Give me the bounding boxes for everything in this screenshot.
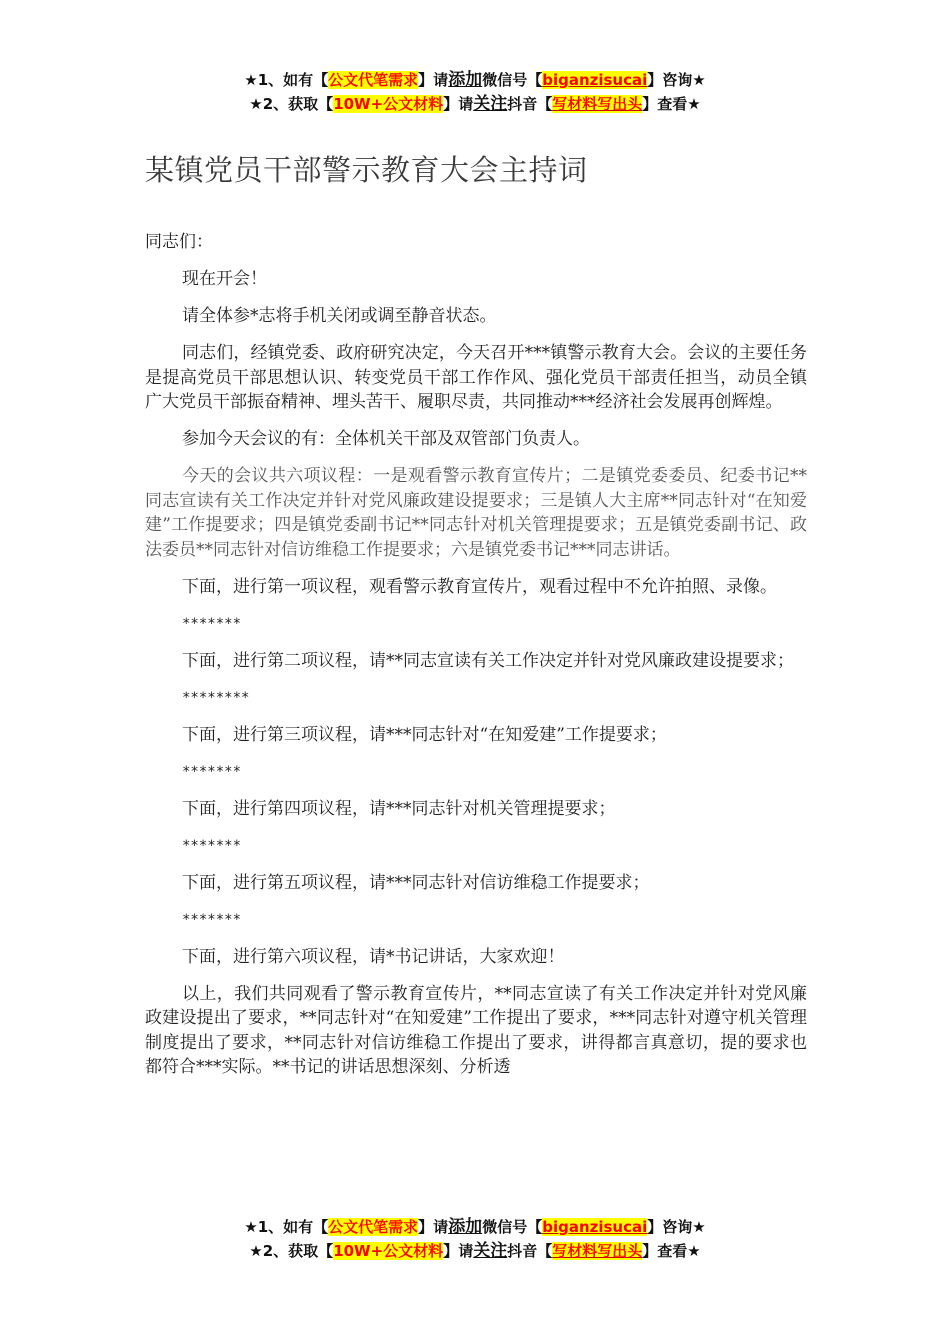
document-title: 某镇党员干部警示教育大会主持词 [145,148,588,189]
wechat-id: biganzisucai [542,1218,647,1236]
paragraph: 下面，进行第四项议程，请***同志针对机关管理提要求； [145,797,807,822]
promo-line-2: ★2、获取【10W+公文材料】请关注抖音【写材料写出头】查看★ [0,92,950,116]
promo-text: 抖音【 [507,95,552,113]
promo-underlined: 添加 [448,70,482,90]
paragraph: 现在开会！ [145,267,807,292]
paragraph: 以上，我们共同观看了警示教育宣传片，**同志宣读了有关工作决定并针对党风廉政建设… [145,982,807,1080]
douyin-id: 写材料写出头 [552,1242,642,1260]
paragraph: 参加今天会议的有：全体机关干部及双管部门负责人。 [145,427,807,452]
paragraph: 下面，进行第五项议程，请***同志针对信访维稳工作提要求； [145,871,807,896]
promo-highlight: 公文代笔需求 [328,71,418,89]
paragraph: 下面，进行第二项议程，请**同志宣读有关工作决定并针对党风廉政建设提要求； [145,649,807,674]
promo-highlight: 10W+公文材料 [333,95,443,113]
promo-text: 】请 [418,1218,448,1236]
promo-text: 抖音【 [507,1242,552,1260]
promo-line-1: ★1、如有【公文代笔需求】请添加微信号【biganzisucai】咨询★ [0,68,950,92]
promo-banner-bottom: ★1、如有【公文代笔需求】请添加微信号【biganzisucai】咨询★ ★2、… [0,1215,950,1263]
promo-text: ★1、如有【 [244,1218,328,1236]
wechat-id: biganzisucai [542,71,647,89]
promo-text: ★2、获取【 [249,1242,333,1260]
separator-stars: ******** [145,686,807,711]
promo-text: 】请 [443,1242,473,1260]
separator-stars: ******* [145,612,807,637]
promo-text: 】咨询★ [647,1218,705,1236]
paragraph: 下面，进行第一项议程，观看警示教育宣传片，观看过程中不允许拍照、录像。 [145,575,807,600]
promo-text: 】查看★ [642,1242,700,1260]
separator-stars: ******* [145,908,807,933]
paragraph: 下面，进行第三项议程，请***同志针对“在知爱建”工作提要求； [145,723,807,748]
promo-text: ★1、如有【 [244,71,328,89]
separator-stars: ******* [145,760,807,785]
separator-stars: ******* [145,834,807,859]
douyin-id: 写材料写出头 [552,95,642,113]
promo-text: 】咨询★ [647,71,705,89]
salutation: 同志们： [145,230,807,255]
paragraph: 同志们，经镇党委、政府研究决定，今天召开***镇警示教育大会。会议的主要任务是提… [145,341,807,415]
document-body: 同志们： 现在开会！ 请全体参*志将手机关闭或调至静音状态。 同志们，经镇党委、… [145,230,807,1092]
promo-text: 】查看★ [642,95,700,113]
promo-banner-top: ★1、如有【公文代笔需求】请添加微信号【biganzisucai】咨询★ ★2、… [0,68,950,116]
promo-line-2: ★2、获取【10W+公文材料】请关注抖音【写材料写出头】查看★ [0,1239,950,1263]
promo-underlined: 关注 [473,1241,507,1261]
promo-highlight: 10W+公文材料 [333,1242,443,1260]
promo-text: 微信号【 [482,71,542,89]
promo-text: 】请 [418,71,448,89]
promo-line-1: ★1、如有【公文代笔需求】请添加微信号【biganzisucai】咨询★ [0,1215,950,1239]
promo-text: 】请 [443,95,473,113]
promo-underlined: 添加 [448,1217,482,1237]
promo-highlight: 公文代笔需求 [328,1218,418,1236]
paragraph: 下面，进行第六项议程，请*书记讲话，大家欢迎！ [145,945,807,970]
promo-underlined: 关注 [473,94,507,114]
promo-text: 微信号【 [482,1218,542,1236]
promo-text: ★2、获取【 [249,95,333,113]
paragraph: 今天的会议共六项议程：一是观看警示教育宣传片；二是镇党委委员、纪委书记**同志宣… [145,464,807,562]
paragraph: 请全体参*志将手机关闭或调至静音状态。 [145,304,807,329]
